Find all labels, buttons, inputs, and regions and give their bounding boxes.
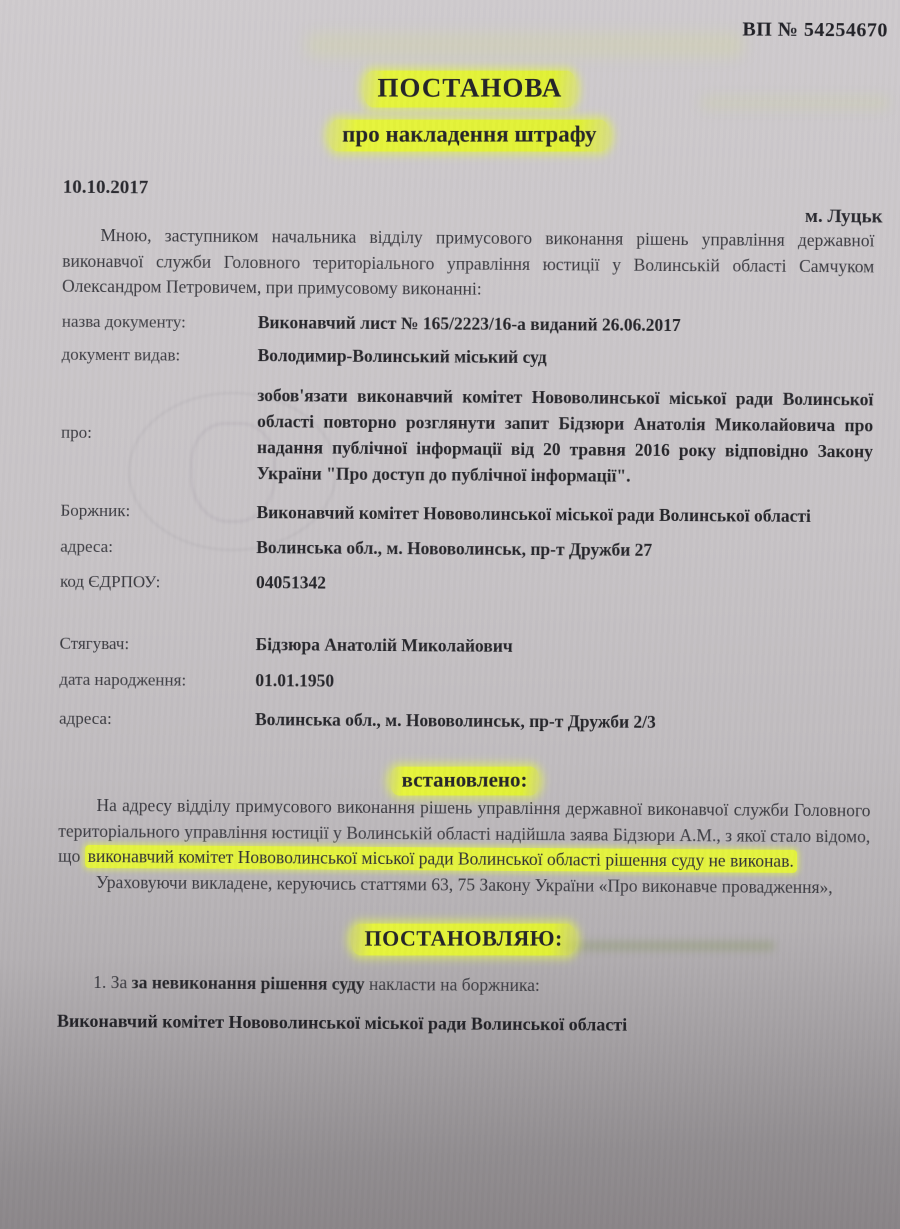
field-row-about: про: зобов'язати виконавчий комітет Ново… (61, 380, 874, 490)
field-row-document-name: назва документу: Виконавчий лист № 165/2… (62, 309, 874, 338)
document-title: ПОСТАНОВА (363, 71, 576, 108)
resolve-item-1: 1. За за невиконання рішення суду наклас… (93, 971, 869, 999)
field-label: адреса: (60, 534, 256, 559)
field-row-edrpou-code: код ЄДРПОУ: 04051342 (60, 570, 872, 599)
field-value: 01.01.1950 (255, 669, 871, 697)
debtor-name-line: Виконавчий комітет Нововолинської місько… (57, 1009, 869, 1039)
considering-paragraph: Ураховуючи викладене, керуючись статтями… (58, 869, 870, 900)
field-label: адреса: (59, 706, 255, 731)
field-label: Стягувач: (60, 631, 256, 656)
resolve-heading-line: ПОСТАНОВЛЯЮ: (57, 921, 869, 959)
item-suffix: накласти на боржника: (365, 974, 540, 995)
item-bold-phrase: за невиконання рішення суду (132, 972, 365, 994)
field-value: Волинська обл., м. Нововолинськ, пр-т Др… (256, 536, 872, 564)
field-row-claimant: Стягувач: Бідзюра Анатолій Миколайович (60, 631, 872, 660)
field-value: Володимир-Волинський міський суд (258, 344, 874, 372)
item-prefix: 1. За (93, 972, 132, 992)
document-subtitle: про накладення штрафу (328, 120, 610, 152)
field-value: 04051342 (256, 571, 872, 599)
document-content: ВП № 54254670 ПОСТАНОВА про накладення ш… (57, 12, 876, 1039)
field-row-debtor-address: адреса: Волинська обл., м. Нововолинськ,… (60, 534, 872, 563)
field-value: Виконавчий лист № 165/2223/16-а виданий … (258, 311, 874, 339)
subtitle-line: про накладення штрафу (63, 117, 875, 155)
field-row-debtor: Боржник: Виконавчий комітет Нововолинськ… (60, 498, 872, 528)
field-label: код ЄДРПОУ: (60, 570, 256, 595)
scanned-document-page: ВП № 54254670 ПОСТАНОВА про накладення ш… (0, 0, 900, 1229)
case-number: ВП № 54254670 (64, 12, 888, 44)
field-row-claimant-address: адреса: Волинська обл., м. Нововолинськ,… (59, 706, 871, 735)
field-value: Виконавчий комітет Нововолинської місько… (256, 500, 872, 528)
title-line: ПОСТАНОВА (63, 68, 875, 111)
intro-paragraph: Мною, заступником начальника відділу при… (62, 223, 875, 305)
field-label: Боржник: (60, 498, 256, 523)
field-value: Волинська обл., м. Нововолинськ, пр-т Др… (255, 708, 871, 736)
resolve-heading: ПОСТАНОВЛЯЮ: (350, 924, 576, 956)
established-paragraph-highlight: виконавчий комітет Нововолинської місько… (85, 845, 797, 873)
field-label: дата народження: (59, 668, 255, 693)
established-heading: встановлено: (390, 767, 540, 796)
field-row-birth-date: дата народження: 01.01.1950 (59, 668, 871, 697)
field-label: про: (61, 420, 257, 445)
field-value: зобов'язати виконавчий комітет Нововолин… (257, 382, 874, 490)
fields-section: назва документу: Виконавчий лист № 165/2… (59, 309, 874, 735)
field-value: Бідзюра Анатолій Миколайович (256, 633, 872, 661)
established-paragraph: На адресу відділу примусового виконання … (58, 793, 871, 875)
field-label: документ видав: (62, 343, 258, 368)
field-row-issuer: документ видав: Володимир-Волинський міс… (62, 343, 874, 372)
document-date: 10.10.2017 (63, 177, 875, 205)
field-label: назва документу: (62, 309, 258, 334)
